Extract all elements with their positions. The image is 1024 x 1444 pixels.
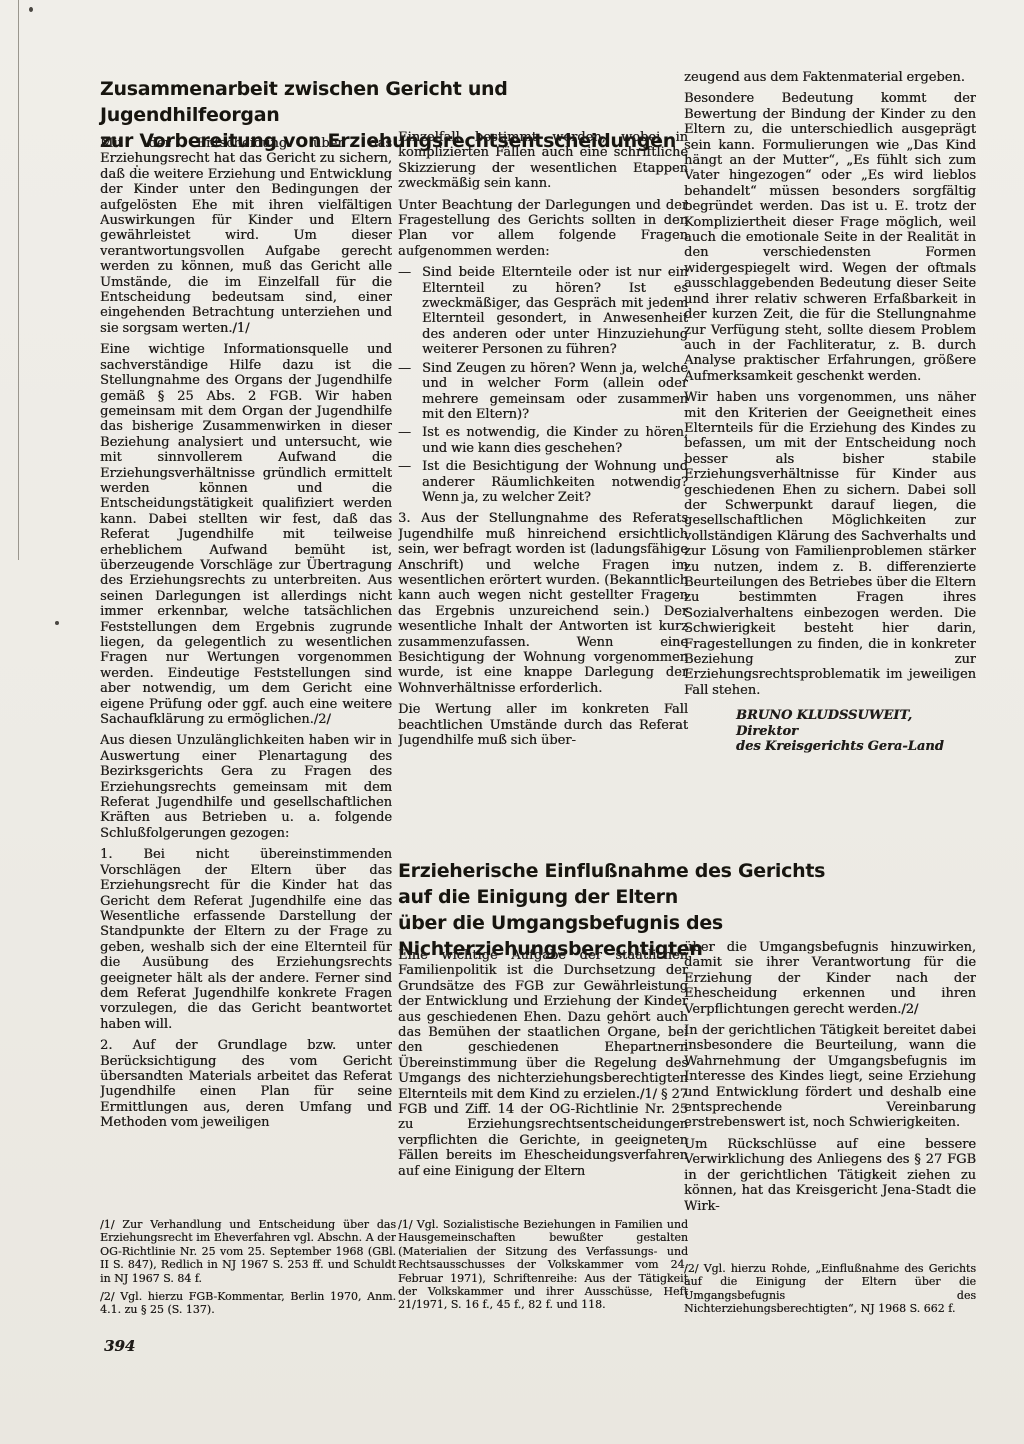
paragraph: In der gerichtlichen Tätigkeit bereitet … (684, 1023, 976, 1131)
byline-author: BRUNO KLUDSSUWEIT, Direktor (736, 708, 976, 739)
dash-bullet: — (398, 265, 411, 280)
paragraph: 3. Aus der Stellungnahme des Referats Ju… (398, 511, 688, 696)
question-list-item: — Ist es notwendig, die Kinder zu hören,… (398, 425, 688, 456)
dash-bullet: — (398, 459, 411, 474)
question-list-item: — Ist die Besichtigung der Wohnung und a… (398, 459, 688, 505)
paragraph: Aus diesen Unzulänglichkeiten haben wir … (100, 733, 392, 841)
paragraph: Eine wichtige Aufgabe der staatlichen Fa… (398, 948, 688, 1179)
article1-column3: zeugend aus dem Faktenmaterial ergeben. … (684, 70, 976, 848)
article1-footnotes: /1/ Zur Verhandlung und Entscheidung übe… (100, 1218, 396, 1348)
paragraph: Besondere Bedeutung kommt der Bewertung … (684, 91, 976, 384)
paragraph: 2. Auf der Grundlage bzw. unter Berücksi… (100, 1038, 392, 1130)
scan-speck (29, 7, 33, 12)
footnote: /2/ Vgl. hierzu FGB-Kommentar, Berlin 19… (100, 1290, 396, 1317)
article2-column2: über die Umgangsbefugnis hinzuwirken, da… (684, 940, 976, 1254)
article2-title-line1: Erzieherische Einflußnahme des Gerichts (398, 858, 998, 884)
article2-footnote1: /1/ Vgl. Sozialistische Beziehungen in F… (398, 1218, 688, 1336)
footnote: /1/ Vgl. Sozialistische Beziehungen in F… (398, 1218, 688, 1312)
question-list-item: — Sind beide Elternteile oder ist nur ei… (398, 265, 688, 357)
journal-page: Zusammenarbeit zwischen Gericht und Juge… (0, 0, 1024, 1444)
list-item-text: Sind Zeugen zu hören? Wenn ja, welche un… (422, 361, 688, 422)
paragraph: zeugend aus dem Faktenmaterial ergeben. (684, 70, 976, 85)
paragraph: Einzelfall bestimmt werden, wobei in kom… (398, 130, 688, 192)
article1-byline: BRUNO KLUDSSUWEIT, Direktor des Kreisger… (736, 708, 976, 754)
scan-speck (55, 621, 59, 625)
paragraph: Die Wertung aller im konkreten Fall beac… (398, 702, 688, 748)
paragraph: 1. Bei nicht übereinstimmenden Vorschläg… (100, 847, 392, 1032)
footnote: /1/ Zur Verhandlung und Entscheidung übe… (100, 1218, 396, 1285)
list-item-text: Ist es notwendig, die Kinder zu hören, u… (422, 425, 688, 455)
paragraph: Wir haben uns vorgenommen, uns näher mit… (684, 390, 976, 698)
article1-column2: Einzelfall bestimmt werden, wobei in kom… (398, 130, 688, 856)
article2-footnote2: /2/ Vgl. hierzu Rohde, „Einflußnahme des… (684, 1262, 976, 1332)
article2-title-line2: auf die Einigung der Eltern (398, 884, 998, 910)
question-list-item: — Sind Zeugen zu hören? Wenn ja, welche … (398, 361, 688, 423)
paragraph: Unter Beachtung der Darlegungen und der … (398, 198, 688, 260)
paragraph: Mit der Entscheidung über das Erziehungs… (100, 136, 392, 336)
paragraph: Eine wichtige Informationsquelle und sac… (100, 342, 392, 727)
page-number: 394 (104, 1337, 135, 1355)
scan-edge-line (18, 0, 19, 560)
list-item-text: Sind beide Elternteile oder ist nur ein … (422, 265, 688, 357)
paragraph: über die Umgangsbefugnis hinzuwirken, da… (684, 940, 976, 1017)
article2-column1: Eine wichtige Aufgabe der staatlichen Fa… (398, 948, 688, 1210)
footnote: /2/ Vgl. hierzu Rohde, „Einflußnahme des… (684, 1262, 976, 1316)
dash-bullet: — (398, 425, 411, 440)
list-item-text: Ist die Besichtigung der Wohnung und and… (422, 459, 688, 505)
article1-title-line1: Zusammenarbeit zwischen Gericht und Juge… (100, 76, 685, 128)
dash-bullet: — (398, 361, 411, 376)
byline-affiliation: des Kreisgerichts Gera-Land (736, 739, 976, 754)
paragraph: Um Rückschlüsse auf eine bessere Verwirk… (684, 1137, 976, 1214)
article1-column1: Mit der Entscheidung über das Erziehungs… (100, 136, 392, 1212)
